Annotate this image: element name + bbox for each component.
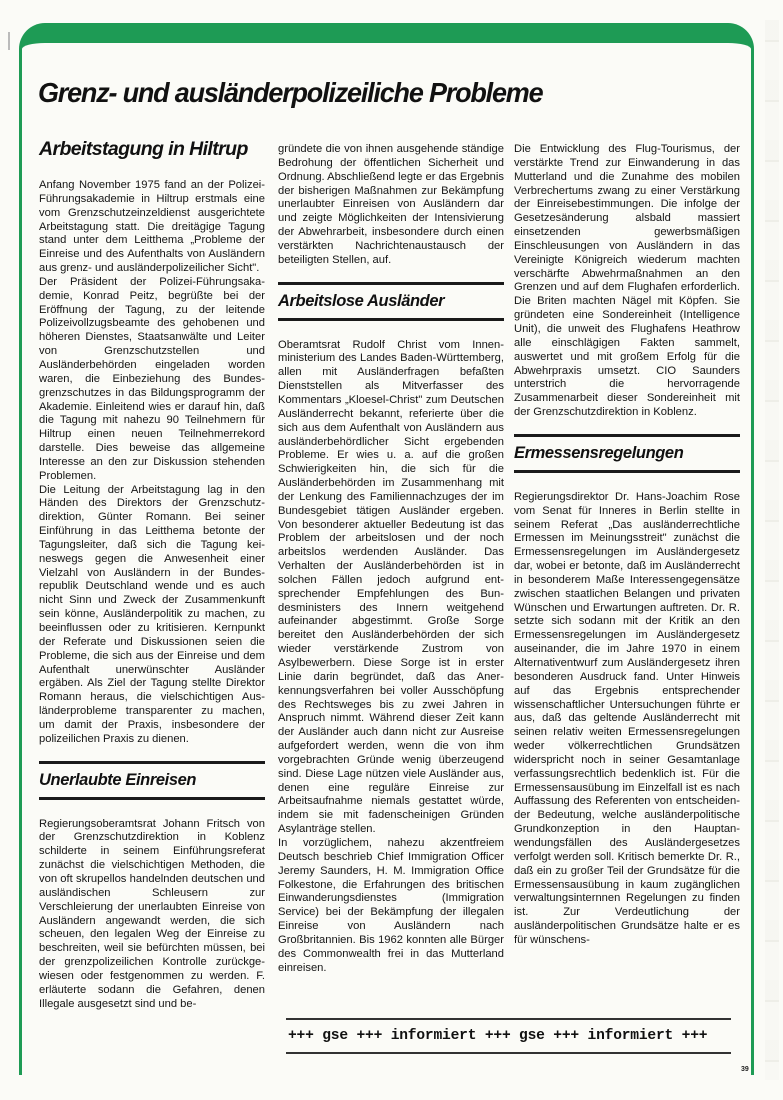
- scan-edge-noise: [765, 20, 779, 1080]
- section-heading-ermessensregelungen: Ermessensregelungen: [514, 437, 740, 470]
- paragraph: Anfang November 1975 fand an der Poli­ze…: [39, 179, 265, 276]
- paragraph: Die Leitung der Arbeitstagung lag in den…: [39, 484, 265, 747]
- section-heading-arbeitslose-auslaender: Arbeitslose Ausländer: [278, 285, 504, 318]
- paragraph: Regierungsoberamtsrat Johann Fritsch von…: [39, 818, 265, 1012]
- section-header-block: Ermessensregelungen: [514, 434, 740, 473]
- paragraph: In vorzüglichem, nahezu akzentfreiem Deu…: [278, 837, 504, 975]
- column-3: Die Entwicklung des Flug-Tourismus, der …: [514, 143, 740, 948]
- footer-rule-bottom: [286, 1052, 731, 1054]
- paragraph: Die Entwicklung des Flug-Tourismus, der …: [514, 143, 740, 420]
- heading-rule-bottom: [514, 470, 740, 473]
- page-title: Grenz- und ausländerpolizeiliche Problem…: [38, 77, 542, 109]
- heading-rule-bottom: [278, 318, 504, 321]
- page-number: 39: [741, 1066, 749, 1073]
- section-header-block: Arbeitslose Ausländer: [278, 282, 504, 321]
- scan-margin-mark: [8, 32, 10, 50]
- paragraph: Oberamtsrat Rudolf Christ vom Innen­mini…: [278, 339, 504, 837]
- footer-banner: +++ gse +++ informiert +++ gse +++ infor…: [286, 1018, 731, 1054]
- paragraph: gründete die von ihnen ausgehende ständi…: [278, 143, 504, 268]
- heading-rule-bottom: [39, 797, 265, 800]
- column-2: gründete die von ihnen ausgehende ständi…: [278, 143, 504, 975]
- paragraph: Regierungsdirektor Dr. Hans-Joachim Rose…: [514, 491, 740, 948]
- section-header-block: Unerlaubte Einreisen: [39, 761, 265, 800]
- footer-banner-text: +++ gse +++ informiert +++ gse +++ infor…: [286, 1020, 731, 1052]
- column-1: Arbeitstagung in Hiltrup Anfang November…: [39, 140, 265, 1011]
- section-heading-arbeitstagung: Arbeitstagung in Hiltrup: [39, 140, 265, 159]
- section-heading-unerlaubte-einreisen: Unerlaubte Einreisen: [39, 764, 265, 797]
- paragraph: Der Präsident der Polizei-Führungsaka­de…: [39, 276, 265, 484]
